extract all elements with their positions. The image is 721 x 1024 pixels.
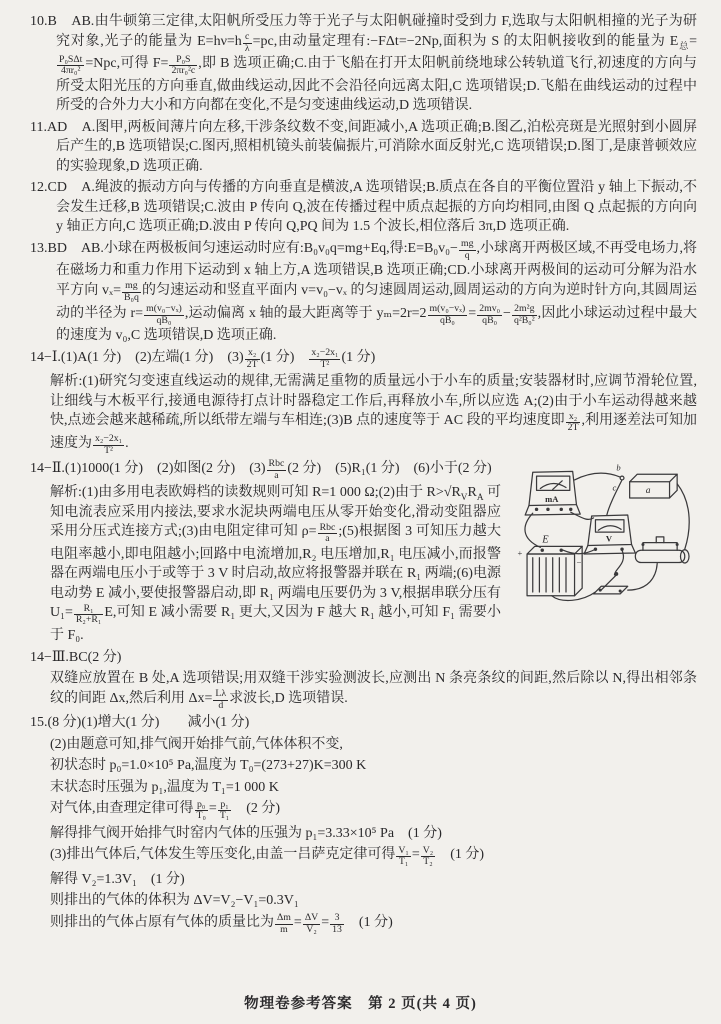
solution-step: 解得排气阀开始排气时窑内气体的压强为 p₁=3.33×10⁵ Pa (1 分) <box>50 824 697 844</box>
milliammeter-drawing: mA <box>525 471 580 515</box>
answer-item-13: 13.BD AB.小球在两极板间匀速运动时应有:B₀v₀q=mg+Eq,得:E=… <box>30 239 697 346</box>
sample-label: a <box>646 486 651 496</box>
solution-step: 则排出的气体占原有气体的质量比为Δmm=ΔVV₂=313 (1 分) <box>50 913 697 936</box>
solution-step: (2)由题意可知,排气阀开始排气前,气体体积不变, <box>50 735 697 755</box>
answer-block-14-2: mA a b c <box>30 459 697 646</box>
rheostat-drawing <box>635 537 689 563</box>
exam-answer-page: 10.B AB.由牛顿第三定律,太阳帆所受压力等于光子与太阳帆碰撞时受到力 F,… <box>0 0 721 1024</box>
answer-item-11: 11.AD A.图甲,两板间薄片向左移,干涉条纹数不变,间距减小,A 选项正确;… <box>30 118 697 177</box>
solution-step: 则排出的气体的体积为 ΔV=V₂−V₁=0.3V₁ <box>50 891 697 911</box>
solution-step: (3)排出气体后,气体发生等压变化,由盖一吕萨克定律可得V₁T₁=V₂T₂ (1… <box>50 845 697 868</box>
voltmeter-label: V <box>606 533 613 543</box>
terminal-b-label: b <box>616 462 621 472</box>
solution-step: 初状态时 p₀=1.0×10⁵ Pa,温度为 T₀=(273+27)K=300 … <box>50 756 697 776</box>
answer-line-14-1: 14−Ⅰ.(1)A(1 分) (2)左端(1 分) (3)x₂2T(1 分) x… <box>30 348 697 371</box>
answer-block-15: 15.(8 分)(1)增大(1 分) 减小(1 分) (2)由题意可知,排气阀开… <box>30 713 697 935</box>
battery-minus-label: − <box>576 557 581 567</box>
answer-block-14-1: 14−Ⅰ.(1)A(1 分) (2)左端(1 分) (3)x₂2T(1 分) x… <box>30 348 697 457</box>
battery-label: E <box>541 534 549 545</box>
analysis-14-3: 双缝应放置在 B 处,A 选项错误;用双缝干涉实验测波长,应测出 N 条亮条纹的… <box>50 669 697 711</box>
answer-item-12: 12.CD A.绳波的振动方向与传播的方向垂直是横波,A 选项错误;B.质点在各… <box>30 178 697 237</box>
answer-line-14-3: 14−Ⅲ.BC(2 分) <box>30 648 697 668</box>
analysis-14-1: 解析:(1)研究匀变速直线运动的规律,无需满足重物的质量远小于小车的质量;安装器… <box>50 372 697 456</box>
battery-plus-label: + <box>518 548 523 558</box>
answer-item-10: 10.B AB.由牛顿第三定律,太阳帆所受压力等于光子与太阳帆碰撞时受到力 F,… <box>30 12 697 116</box>
answer-block-14-3: 14−Ⅲ.BC(2 分) 双缝应放置在 B 处,A 选项错误;用双缝干涉实验测波… <box>30 648 697 712</box>
switch-drawing <box>594 572 628 594</box>
battery-drawing: E + − <box>518 534 583 595</box>
circuit-figure: mA a b c <box>511 459 697 611</box>
milliammeter-label: mA <box>545 493 559 503</box>
solution-step: 对气体,由查理定律可得p₀T₀=p₁T₁ (2 分) <box>50 799 697 822</box>
voltmeter-drawing: V <box>584 515 635 554</box>
solution-step: 解得 V₂=1.3V₁ (1 分) <box>50 870 697 890</box>
solution-step: 末状态时压强为 p₁,温度为 T₁=1 000 K <box>50 778 697 798</box>
circuit-diagram: mA a b c <box>511 459 697 611</box>
page-footer: 物理卷参考答案 第 2 页(共 4 页) <box>0 995 721 1015</box>
answer-line-15: 15.(8 分)(1)增大(1 分) 减小(1 分) <box>30 713 697 733</box>
terminal-c-label: c <box>613 482 617 492</box>
